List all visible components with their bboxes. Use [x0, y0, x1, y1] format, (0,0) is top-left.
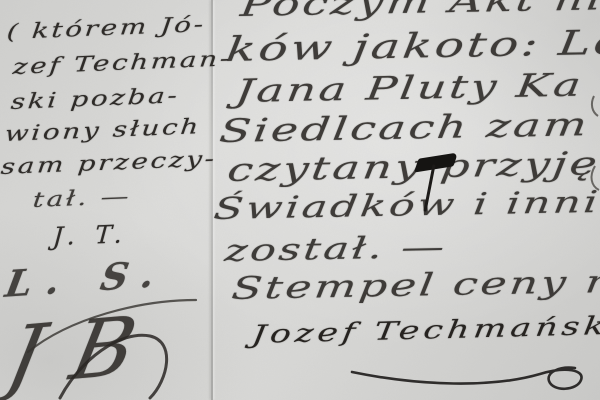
- signature-flourish: [352, 368, 582, 389]
- margin-note-line: zef Techman-: [12, 46, 233, 79]
- large-signature-fragment: J B: [0, 299, 146, 400]
- main-text-line: został. —: [223, 230, 449, 269]
- margin-note-line: ( którem Jó-: [6, 12, 207, 44]
- edge-stroke-fragment: [592, 96, 598, 116]
- margin-note-line: ski pozba-: [10, 83, 181, 114]
- margin-note-line: wiony słuch: [4, 114, 202, 146]
- main-text-line: ków jakoto: Leo: [224, 22, 600, 70]
- main-text-line: Świadków i inni: [212, 185, 600, 227]
- signature-jozef-techmanski: Jozef Techmański: [250, 311, 600, 349]
- margin-note-line: tał. —: [32, 184, 132, 212]
- main-text-line: Siedlcach zam: [217, 105, 591, 150]
- main-text-line: Jana Pluty Ka: [233, 66, 585, 110]
- seal-mark-ls: L. S.: [2, 251, 172, 306]
- main-text-line: czytany przyję: [225, 144, 600, 189]
- initials-jt: J. T.: [52, 219, 129, 251]
- margin-note-line: sam przeczy-: [0, 146, 218, 178]
- main-text-line: Poczym Akt nin: [238, 0, 600, 24]
- main-text-line: Stempel ceny m: [230, 264, 600, 307]
- manuscript-page: ( którem Jó- zef Techman- ski pozba- wio…: [0, 0, 600, 400]
